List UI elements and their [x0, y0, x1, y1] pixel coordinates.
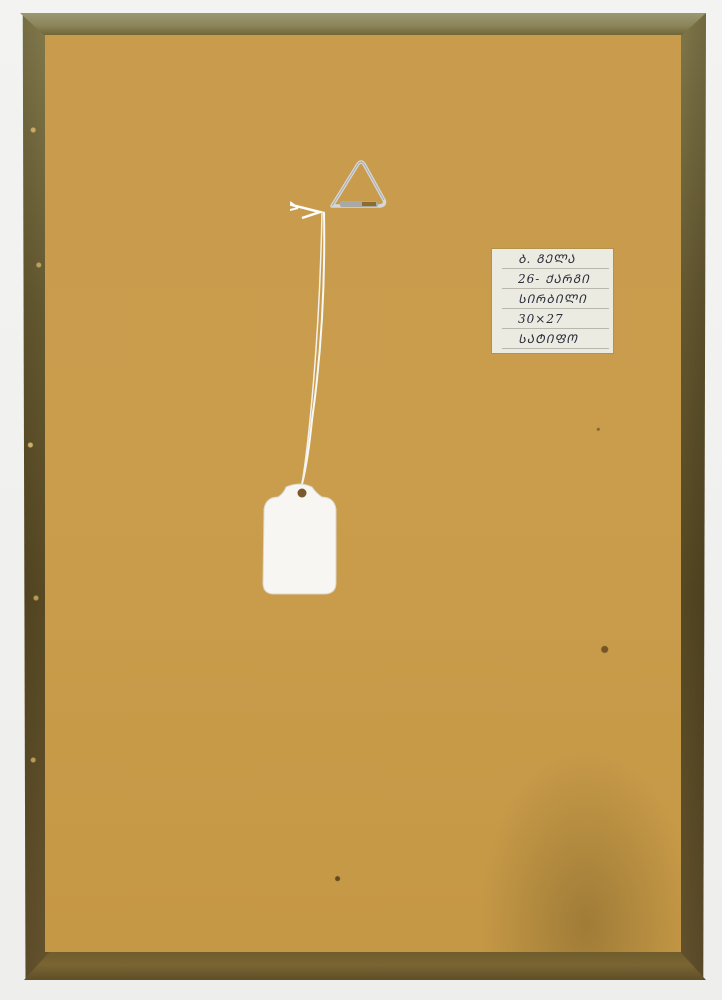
- label-line: 23 ᲡᲐᲢᲘᲤᲝ: [502, 331, 609, 349]
- handwritten-label: 19 Ბ. ᲒᲔᲚᲐ 20 26- ᲥᲐᲠᲒᲘ 21 ᲡᲘᲠᲑᲘᲚᲘ 22 30…: [492, 249, 613, 353]
- frame-top-edge: [20, 13, 706, 35]
- label-line: 20 26- ᲥᲐᲠᲒᲘ: [502, 271, 609, 289]
- photo-scene: 19 Ბ. ᲒᲔᲚᲐ 20 26- ᲥᲐᲠᲒᲘ 21 ᲡᲘᲠᲑᲘᲚᲘ 22 30…: [0, 0, 722, 1000]
- label-line: 19 Ბ. ᲒᲔᲚᲐ: [502, 251, 609, 269]
- blank-price-tag: [262, 483, 338, 595]
- hanging-string: [290, 200, 350, 500]
- label-line: 21 ᲡᲘᲠᲑᲘᲚᲘ: [502, 291, 609, 309]
- frame-bottom-edge: [24, 950, 706, 980]
- label-line: 22 30×27: [502, 311, 609, 329]
